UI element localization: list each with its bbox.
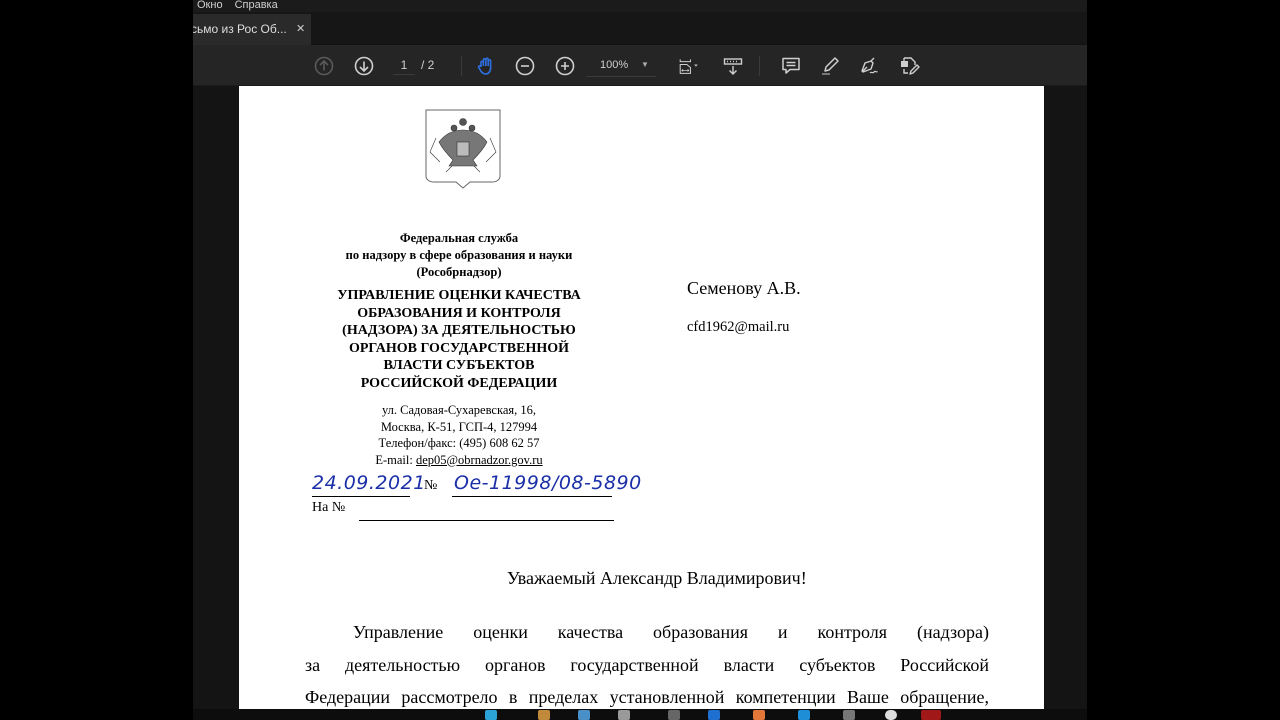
date-underline [312, 496, 410, 497]
chevron-down-icon: ▼ [641, 55, 649, 75]
service-name-line: по надзору в сфере образования и науки [299, 247, 619, 264]
taskbar [193, 709, 1087, 720]
tab-bar: сьмо из Рос Об... ✕ [193, 12, 1087, 45]
taskbar-app-icon[interactable] [708, 710, 720, 720]
service-name-line: (Рособрнадзор) [299, 264, 619, 281]
page-total: / 2 [421, 55, 434, 75]
menu-bar: ОкноСправка [193, 0, 1087, 12]
document-viewer[interactable]: Федеральная служба по надзору в сфере об… [193, 86, 1087, 720]
sender-organization-block: Федеральная служба по надзору в сфере об… [299, 230, 619, 468]
registration-date: 24.09.2021 [312, 472, 426, 494]
page-number-input[interactable]: 1 [393, 55, 415, 75]
menu-help[interactable]: Справка [235, 0, 278, 10]
sign-icon[interactable] [857, 54, 881, 78]
toolbar: 1 / 2 100% ▼ [193, 45, 1087, 86]
edit-document-icon[interactable] [897, 54, 921, 78]
number-underline [452, 496, 612, 497]
document-tab[interactable]: сьмо из Рос Об... ✕ [193, 14, 311, 45]
taskbar-app-icon[interactable] [843, 710, 855, 720]
fit-page-icon[interactable] [672, 54, 706, 78]
taskbar-app-icon[interactable] [885, 710, 897, 720]
zoom-level-value: 100% [600, 55, 628, 75]
toolbar-divider [461, 56, 462, 76]
salutation: Уважаемый Александр Владимирович! [239, 568, 1044, 589]
reference-underline [359, 520, 614, 521]
comment-icon[interactable] [779, 54, 803, 78]
sender-email-link[interactable]: dep05@obrnadzor.gov.ru [416, 453, 543, 467]
taskbar-app-icon[interactable] [668, 710, 680, 720]
address-line: ул. Садовая-Сухаревская, 16, [299, 402, 619, 419]
zoom-level-select[interactable]: 100% ▼ [586, 55, 656, 77]
pdf-reader-window: ОкноСправка сьмо из Рос Об... ✕ 1 / 2 10… [193, 0, 1087, 720]
taskbar-app-icon[interactable] [753, 710, 765, 720]
zoom-out-icon[interactable] [513, 54, 537, 78]
department-name-line: (НАДЗОРА) ЗА ДЕЯТЕЛЬНОСТЬЮ [299, 322, 619, 340]
addressee-name: Семенову А.В. [687, 278, 801, 299]
scroll-mode-icon[interactable] [721, 54, 745, 78]
registration-line: 24.09.2021 № Ое-11998/08-5890 [312, 476, 712, 498]
email-line: E-mail: dep05@obrnadzor.gov.ru [299, 452, 619, 469]
pdf-page: Федеральная служба по надзору в сфере об… [239, 86, 1044, 720]
close-icon[interactable]: ✕ [296, 14, 305, 45]
toolbar-divider [759, 56, 760, 76]
highlighter-icon[interactable] [818, 54, 842, 78]
taskbar-app-icon[interactable] [578, 710, 590, 720]
department-name-line: УПРАВЛЕНИЕ ОЦЕНКИ КАЧЕСТВА [299, 287, 619, 305]
address-line: Москва, К-51, ГСП-4, 127994 [299, 419, 619, 436]
department-name-line: ОРГАНОВ ГОСУДАРСТВЕННОЙ [299, 340, 619, 358]
taskbar-app-icon[interactable] [798, 710, 810, 720]
department-name-line: РОССИЙСКОЙ ФЕДЕРАЦИИ [299, 375, 619, 393]
registration-number-label: № [424, 478, 437, 494]
document-tab-label: сьмо из Рос Об... [193, 14, 287, 45]
department-name-line: ОБРАЗОВАНИЯ И КОНТРОЛЯ [299, 305, 619, 323]
menu-window[interactable]: Окно [197, 0, 223, 10]
addressee-email: cfd1962@mail.ru [687, 319, 789, 336]
department-name-line: ВЛАСТИ СУБЪЕКТОВ [299, 357, 619, 375]
registration-number: Ое-11998/08-5890 [454, 472, 642, 494]
taskbar-pdf-app-icon[interactable] [921, 710, 941, 720]
coat-of-arms-emblem [424, 108, 502, 198]
reference-number-label: На № [312, 500, 345, 516]
service-name-line: Федеральная служба [299, 230, 619, 247]
taskbar-app-icon[interactable] [485, 710, 497, 720]
arrow-down-circle-icon[interactable] [352, 54, 376, 78]
taskbar-app-icon[interactable] [538, 710, 550, 720]
arrow-up-circle-icon[interactable] [312, 54, 336, 78]
body-line: Управление оценки качества образования и… [305, 616, 989, 649]
taskbar-app-icon[interactable] [618, 710, 630, 720]
zoom-in-icon[interactable] [553, 54, 577, 78]
letter-body: Управление оценки качества образования и… [305, 616, 989, 714]
hand-icon[interactable] [474, 54, 498, 78]
body-line: за деятельностью органов государственной… [305, 649, 989, 682]
email-label: E-mail: [375, 453, 416, 467]
address-line: Телефон/факс: (495) 608 62 57 [299, 435, 619, 452]
